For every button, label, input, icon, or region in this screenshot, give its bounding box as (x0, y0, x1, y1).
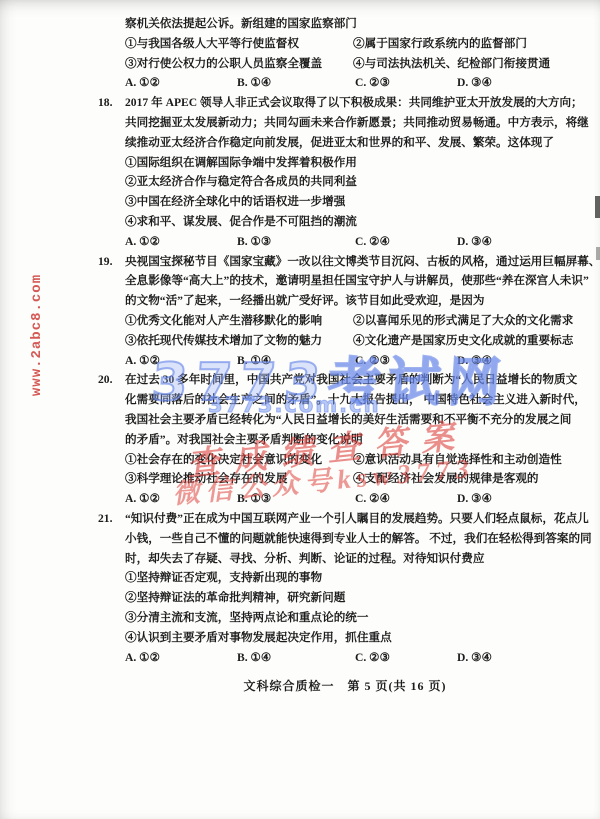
answer-choice-b: B. ①③ (237, 489, 355, 509)
question-stem-line: 化需要同落后的社会生产之间的矛盾”。十九大报告提出， 中国特色社会主义进入新时代… (125, 390, 592, 410)
answer-choice-c: C. ②③ (355, 351, 457, 371)
option-1: ①与我国各级人大平等行使监督权 (125, 34, 353, 54)
question-stem-line: 全息影像等“高大上”的技术，邀请明星担任国宝守护人与讲解员，使那些“养在深宫人未… (125, 271, 592, 291)
answer-choice-a: A. ①② (125, 232, 237, 252)
option-4: ④文化遗产是国家历史文化成就的重要标志 (353, 331, 573, 351)
question-stem-line: 20. 在过去 30 多年时间里，中国共产党对我国社会主要矛盾的判断为“人民日益… (125, 370, 592, 390)
option-4: ④认识到主要矛盾对事物发展起决定作用，抓住重点 (125, 628, 592, 648)
answer-choice-d: D. ③④ (457, 648, 492, 668)
question-stem-text: 2017 年 APEC 领导人非正式会议取得了以下积极成果：共同维护亚太开放发展… (125, 96, 583, 109)
question-stem-line: 共同挖掘亚太发展新动力；共同勾画未来合作新愿景；共同推动贸易畅通。中方表示，将继 (125, 113, 592, 133)
option-2: ②属于国家行政系统内的监督部门 (353, 34, 527, 54)
option-row: ①优秀文化能对人产生潜移默化的影响 ②以喜闻乐见的形式满足了大众的文化需求 (125, 311, 592, 331)
option-4: ④支配经济社会发展的规律是客观的 (353, 469, 539, 489)
answer-choices-row: A. ①② B. ①③ C. ②④ D. ③④ (125, 232, 592, 252)
answer-choice-b: B. ①④ (237, 648, 355, 668)
option-1: ①社会存在的变化决定社会意识的变化 (125, 450, 353, 470)
question-stem-line: 的矛盾”。对我国社会主要矛盾判断的变化说明 (125, 430, 592, 450)
answer-choices-row: A. ①② B. ①④ C. ②③ D. ③④ (125, 351, 592, 371)
answer-choice-c: C. ②④ (355, 232, 457, 252)
question-stem-line: 的文物“活”了起来，一经播出就广受好评。该节目如此受欢迎，是因为 (125, 291, 592, 311)
question-number: 19. (98, 252, 124, 272)
question-20: 20. 在过去 30 多年时间里，中国共产党对我国社会主要矛盾的判断为“人民日益… (125, 370, 592, 509)
answer-choices-row: A. ①② B. ①④ C. ②③ D. ③④ (125, 648, 592, 668)
question-stem-text: 在过去 30 多年时间里，中国共产党对我国社会主要矛盾的判断为“人民日益增长的物… (125, 373, 577, 386)
question-18: 18. 2017 年 APEC 领导人非正式会议取得了以下积极成果：共同维护亚太… (125, 93, 592, 251)
answer-choice-b: B. ①③ (237, 232, 355, 252)
option-row: ③科学理论推动社会存在的发展 ④支配经济社会发展的规律是客观的 (125, 469, 592, 489)
option-3: ③依托现代传媒技术增加了文物的魅力 (125, 331, 353, 351)
answer-choice-c: C. ②③ (355, 73, 457, 93)
option-3: ③分清主流和支流，坚持两点论和重点论的统一 (125, 608, 592, 628)
answer-choice-c: C. ②④ (355, 489, 457, 509)
answer-choices-row: A. ①② B. ①④ C. ②③ D. ③④ (125, 73, 592, 93)
option-1: ①国际组织在调解国际争端中发挥着积极作用 (125, 153, 592, 173)
option-4: ④求和平、谋发展、促合作是不可阻挡的潮流 (125, 212, 592, 232)
question-19: 19. 央视国宝探秘节目《国家宝藏》一改以往文博类节目沉闷、古板的风格，通过运用… (125, 252, 592, 371)
question-stem-line: 我国社会主要矛盾已经转化为“人民日益增长的美好生活需要和不平衡不充分的发展之间 (125, 410, 592, 430)
option-row: ①社会存在的变化决定社会意识的变化 ②意识活动具有自觉选择性和主动创造性 (125, 450, 592, 470)
option-4: ④与司法执法机关、纪检部门衔接贯通 (353, 54, 550, 74)
answer-choice-c: C. ②③ (355, 648, 457, 668)
option-2: ②坚持辩证法的革命批判精神，研究新问题 (125, 588, 592, 608)
page-footer: 文科综合质检一 第 5 页(共 16 页) (100, 677, 590, 694)
answer-choice-a: A. ①② (125, 648, 237, 668)
question-17-continuation: 察机关依法提起公诉。新组建的国家监察部门 ①与我国各级人大平等行使监督权 ②属于… (125, 14, 592, 93)
answer-choice-d: D. ③④ (457, 489, 492, 509)
question-stem-text: 央视国宝探秘节目《国家宝藏》一改以往文博类节目沉闷、古板的风格，通过运用巨幅屏幕… (125, 255, 600, 268)
option-row: ③对行使公权力的公职人员监察全覆盖 ④与司法执法机关、纪检部门衔接贯通 (125, 54, 592, 74)
question-stem-line: 察机关依法提起公诉。新组建的国家监察部门 (125, 14, 592, 34)
question-stem-line: 21. “知识付费”正在成为中国互联网产业一个引人瞩目的发展趋势。只要人们轻点鼠… (125, 509, 592, 529)
watermark-left-vertical-url: www.2abc8.com (29, 251, 47, 419)
exam-paper-page: www.2abc8.com 3773考试网 3773.com.cn 查成绩查答案… (0, 0, 600, 819)
answer-choice-b: B. ①④ (237, 351, 355, 371)
option-2: ②以喜闻乐见的形式满足了大众的文化需求 (353, 311, 573, 331)
option-3: ③对行使公权力的公职人员监察全覆盖 (125, 54, 353, 74)
option-1: ①坚持辩证否定观，支持新出现的事物 (125, 568, 592, 588)
answer-choice-d: D. ③④ (457, 73, 492, 93)
option-3: ③中国在经济全球化中的话语权进一步增强 (125, 192, 592, 212)
option-2: ②意识活动具有自觉选择性和主动创造性 (353, 450, 562, 470)
question-stem-line: 18. 2017 年 APEC 领导人非正式会议取得了以下积极成果：共同维护亚太… (125, 93, 592, 113)
answer-choices-row: A. ①② B. ①③ C. ②④ D. ③④ (125, 489, 592, 509)
question-stem-line: 小钱，一些自己不懂的问题就能快速得到专业人士的解答。 不过，我们在轻松得到答案的… (125, 529, 592, 549)
answer-choice-d: D. ③④ (457, 351, 492, 371)
scan-artifact-mark (596, 247, 600, 260)
question-number: 18. (98, 93, 124, 113)
option-row: ③依托现代传媒技术增加了文物的魅力 ④文化遗产是国家历史文化成就的重要标志 (125, 331, 592, 351)
question-number: 21. (98, 509, 124, 529)
answer-choice-b: B. ①④ (237, 73, 355, 93)
option-1: ①优秀文化能对人产生潜移默化的影响 (125, 311, 353, 331)
answer-choice-a: A. ①② (125, 73, 237, 93)
answer-choice-a: A. ①② (125, 489, 237, 509)
question-stem-line: 续推动亚太经济合作稳定向前发展，促进亚太和世界的和平、发展、繁荣。这体现了 (125, 133, 592, 153)
option-3: ③科学理论推动社会存在的发展 (125, 469, 353, 489)
question-number: 20. (98, 370, 124, 390)
answer-choice-d: D. ③④ (457, 232, 492, 252)
question-21: 21. “知识付费”正在成为中国互联网产业一个引人瞩目的发展趋势。只要人们轻点鼠… (125, 509, 592, 667)
option-row: ①与我国各级人大平等行使监督权 ②属于国家行政系统内的监督部门 (125, 34, 592, 54)
question-stem-line: 19. 央视国宝探秘节目《国家宝藏》一改以往文博类节目沉闷、古板的风格，通过运用… (125, 252, 592, 272)
exam-content: 察机关依法提起公诉。新组建的国家监察部门 ①与我国各级人大平等行使监督权 ②属于… (125, 14, 592, 667)
question-stem-line: 时，却失去了存疑、寻找、分析、判断、论证的过程。对待知识付费应 (125, 549, 592, 569)
answer-choice-a: A. ①② (125, 351, 237, 371)
scan-artifact-mark (595, 196, 600, 218)
question-stem-text: “知识付费”正在成为中国互联网产业一个引人瞩目的发展趋势。只要人们轻点鼠标，花点… (125, 512, 589, 525)
option-2: ②亚太经济合作与稳定符合各成员的共同利益 (125, 172, 592, 192)
